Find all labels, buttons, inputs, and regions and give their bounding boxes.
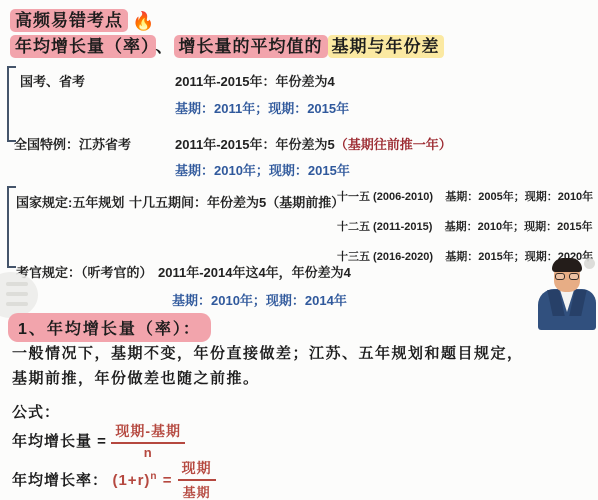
formula-avg-growth-rate: 年均增长率： (1+r)n = 现期 基期: [12, 458, 216, 500]
paragraph-line-1: 一般情况下，基期不变，年份直接做差；江苏、五年规划和题目规定，: [12, 342, 524, 363]
page-subtitle: 年均增长量（率）、增长量的平均值的基期与年份差: [10, 32, 444, 57]
plan-name: 十二五 (2011-2015): [337, 221, 432, 233]
subtitle-segment-3: 基期与年份差: [328, 35, 444, 58]
plan-detail: 基期：2005年；现期：2010年: [445, 191, 593, 203]
row2-result: 基期：2010年；现期：2015年: [175, 160, 350, 179]
row3-label: 国家规定:五年规划: [16, 192, 124, 211]
section-heading: 1、年均增长量（率）：: [8, 313, 211, 342]
page-title-highlight: 高频易错考点: [10, 9, 128, 32]
instructor-hair: [552, 258, 582, 272]
row2-value-text: 2011年-2015年：年份差为5: [175, 137, 335, 152]
plan-row: 十二五 (2011-2015) 基期：2010年；现期：2015年 n=5: [337, 218, 598, 234]
row4-label: 考官规定：（听考官的）: [16, 262, 153, 281]
formula2-exponent: n: [150, 471, 157, 482]
group2-bracket: [7, 186, 16, 268]
plan-name: 十三五 (2016-2020): [337, 251, 433, 263]
fire-icon: 🔥: [132, 11, 155, 31]
glasses-icon: [555, 273, 579, 280]
row3-value: 十几五期间：年份差为5（基期前推）: [129, 192, 344, 211]
page-title: 高频易错考点🔥: [10, 6, 155, 32]
formula-label: 公式：: [12, 401, 60, 422]
formula2-lhs: 年均增长率：: [12, 472, 108, 489]
row2-label: 全国特例：江苏省考: [14, 134, 131, 153]
formula2-denominator: 基期: [178, 479, 216, 500]
formula1-lhs: 年均增长量 =: [12, 433, 107, 450]
row2-note: （基期往前推一年）: [335, 137, 452, 152]
paragraph-line-2: 基期前推，年份做差也随之前推。: [12, 367, 260, 388]
row1-result: 基期：2011年；现期：2015年: [175, 98, 349, 117]
formula1-numerator: 现期-基期: [111, 421, 185, 442]
subtitle-separator: 、: [156, 37, 174, 56]
formula1-fraction: 现期-基期 n: [111, 421, 185, 460]
group1-bracket: [7, 66, 16, 142]
plan-name: 十一五 (2006-2010): [337, 191, 433, 203]
plan-detail: 基期：2010年；现期：2015年: [445, 221, 593, 233]
row1-label: 国考、省考: [20, 71, 85, 90]
row4-result: 基期：2010年；现期：2014年: [172, 290, 347, 309]
formula2-numerator: 现期: [178, 458, 216, 479]
formula2-fraction: 现期 基期: [178, 458, 216, 500]
instructor-photo: [534, 256, 598, 330]
row2-value: 2011年-2015年：年份差为5（基期往前推一年）: [175, 134, 452, 153]
row1-value: 2011年-2015年：年份差为4: [175, 71, 335, 90]
formula-avg-growth-amount: 年均增长量 = 现期-基期 n: [12, 421, 185, 460]
plan-row: 十一五 (2006-2010) 基期：2005年；现期：2010年 n=5: [337, 188, 598, 204]
formula2-equals: =: [163, 472, 173, 489]
formula2-expression: (1+r)n =: [112, 472, 177, 489]
subtitle-segment-2: 增长量的平均值的: [174, 35, 328, 58]
row4-value: 2011年-2014年这4年，年份差为4: [158, 262, 351, 281]
subtitle-segment-1: 年均增长量（率）: [10, 35, 156, 58]
formula2-base: (1+r): [112, 472, 150, 489]
